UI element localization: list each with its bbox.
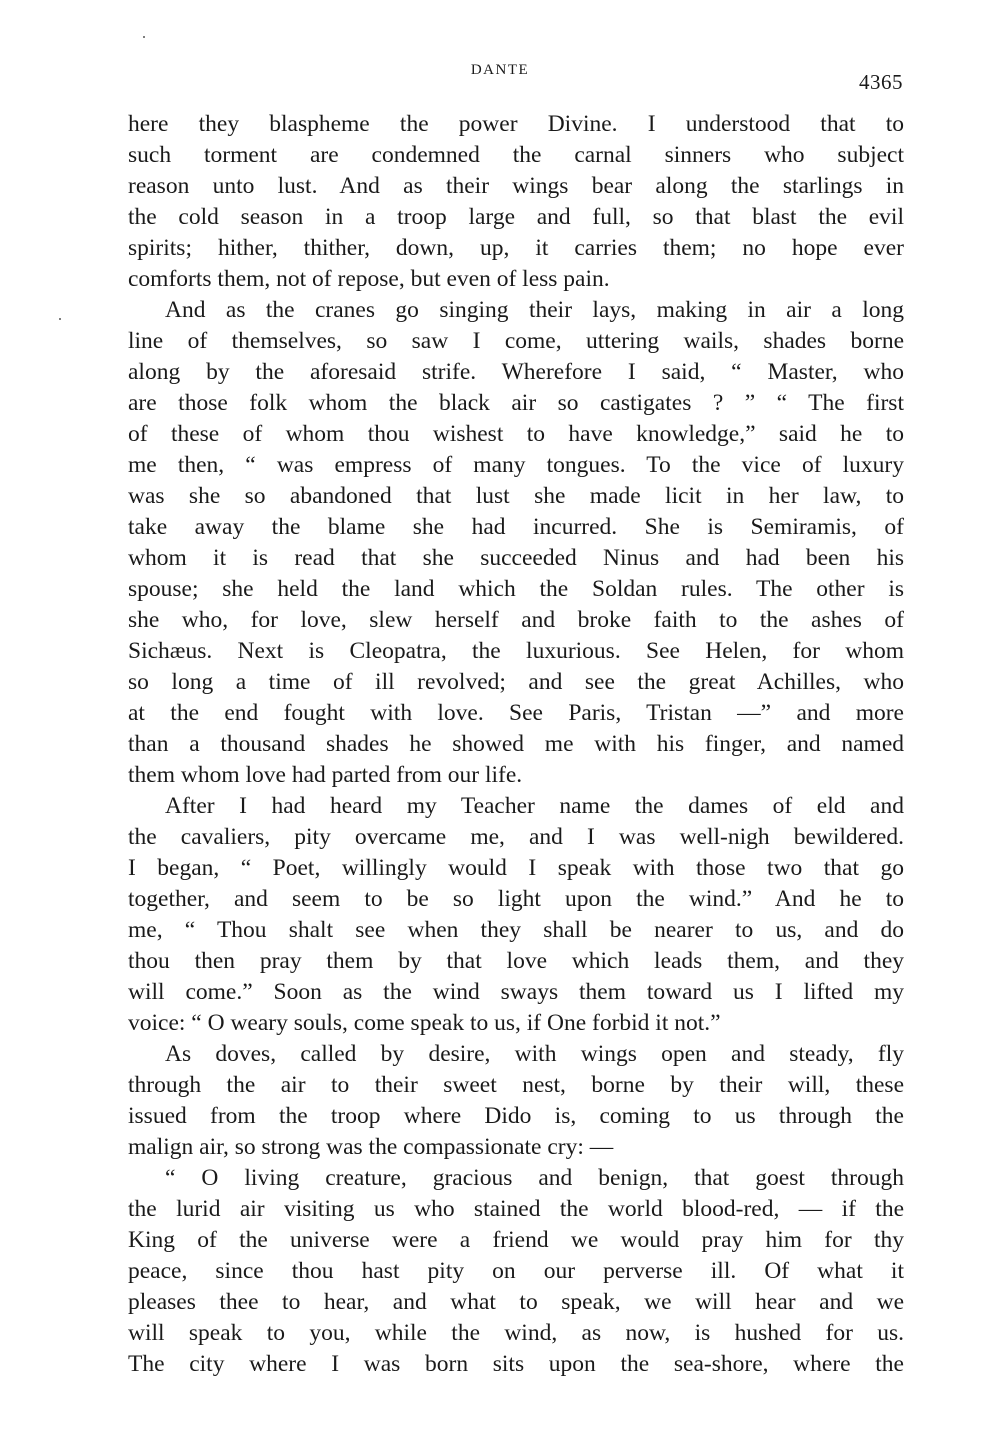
text-line: King of the universe were a friend we wo… [128, 1225, 904, 1256]
text-line: voice: “ O weary souls, come speak to us… [128, 1008, 904, 1039]
text-line-content: issued from the troop where Dido is, com… [128, 1101, 904, 1132]
text-line: thou then pray them by that love which l… [128, 946, 904, 977]
text-line: reason unto lust. And as their wings bea… [128, 171, 904, 202]
text-line-content: malign air, so strong was the compassion… [128, 1132, 904, 1163]
text-line-content: reason unto lust. And as their wings bea… [128, 171, 904, 202]
text-line: comforts them, not of repose, but even o… [128, 264, 904, 295]
text-line-content: at the end fought with love. See Paris, … [128, 698, 904, 729]
paragraph: here they blaspheme the power Divine. I … [128, 109, 904, 295]
text-line: me then, “ was empress of many tongues. … [128, 450, 904, 481]
text-line-content: the cavaliers, pity overcame me, and I w… [128, 822, 904, 853]
text-line: pleases thee to hear, and what to speak,… [128, 1287, 904, 1318]
text-line-content: the cold season in a troop large and ful… [128, 202, 904, 233]
text-line: are those folk whom the black air so cas… [128, 388, 904, 419]
text-line: here they blaspheme the power Divine. I … [128, 109, 904, 140]
text-line: together, and seem to be so light upon t… [128, 884, 904, 915]
text-line-content: thou then pray them by that love which l… [128, 946, 904, 977]
text-line: spouse; she held the land which the Sold… [128, 574, 904, 605]
text-line-content: them whom love had parted from our life. [128, 760, 904, 791]
text-line-content: As doves, called by desire, with wings o… [165, 1039, 904, 1070]
text-line: whom it is read that she succeeded Ninus… [128, 543, 904, 574]
text-line: the lurid air visiting us who stained th… [128, 1194, 904, 1225]
text-line: take away the blame she had incurred. Sh… [128, 512, 904, 543]
text-line-content: whom it is read that she succeeded Ninus… [128, 543, 904, 574]
text-line-content: The city where I was born sits upon the … [128, 1349, 904, 1380]
text-line-content: Sichæus. Next is Cleopatra, the luxuriou… [128, 636, 904, 667]
text-line-content: she who, for love, slew herself and brok… [128, 605, 904, 636]
text-line-content: of these of whom thou wishest to have kn… [128, 419, 904, 450]
text-line: at the end fought with love. See Paris, … [128, 698, 904, 729]
text-line-content: are those folk whom the black air so cas… [128, 388, 904, 419]
scan-speck [143, 36, 145, 38]
text-line: As doves, called by desire, with wings o… [128, 1039, 904, 1070]
text-line-content: spouse; she held the land which the Sold… [128, 574, 904, 605]
text-line: she who, for love, slew herself and brok… [128, 605, 904, 636]
paragraph: As doves, called by desire, with wings o… [128, 1039, 904, 1163]
text-line-content: will come.” Soon as the wind sways them … [128, 977, 904, 1008]
text-line-content: so long a time of ill revolved; and see … [128, 667, 904, 698]
text-line-content: along by the aforesaid strife. Wherefore… [128, 357, 904, 388]
text-line-content: voice: “ O weary souls, come speak to us… [128, 1008, 904, 1039]
text-line-content: me, “ Thou shalt see when they shall be … [128, 915, 904, 946]
text-line: than a thousand shades he showed me with… [128, 729, 904, 760]
text-line-content: through the air to their sweet nest, bor… [128, 1070, 904, 1101]
text-line: the cold season in a troop large and ful… [128, 202, 904, 233]
body-text: here they blaspheme the power Divine. I … [128, 109, 904, 1380]
text-line-content: than a thousand shades he showed me with… [128, 729, 904, 760]
text-line: so long a time of ill revolved; and see … [128, 667, 904, 698]
text-line-content: peace, since thou hast pity on our perve… [128, 1256, 904, 1287]
text-line: I began, “ Poet, willingly would I speak… [128, 853, 904, 884]
text-line: line of themselves, so saw I come, utter… [128, 326, 904, 357]
book-page: DANTE 4365 here they blaspheme the power… [0, 0, 1000, 1448]
text-line-content: together, and seem to be so light upon t… [128, 884, 904, 915]
text-line: The city where I was born sits upon the … [128, 1349, 904, 1380]
text-line: along by the aforesaid strife. Wherefore… [128, 357, 904, 388]
text-line-content: take away the blame she had incurred. Sh… [128, 512, 904, 543]
text-line-content: was she so abandoned that lust she made … [128, 481, 904, 512]
paragraph: And as the cranes go singing their lays,… [128, 295, 904, 791]
running-head: DANTE [0, 62, 1000, 79]
text-line-content: the lurid air visiting us who stained th… [128, 1194, 904, 1225]
text-line: After I had heard my Teacher name the da… [128, 791, 904, 822]
text-line-content: And as the cranes go singing their lays,… [165, 295, 904, 326]
text-line: Sichæus. Next is Cleopatra, the luxuriou… [128, 636, 904, 667]
text-line: will speak to you, while the wind, as no… [128, 1318, 904, 1349]
text-line: me, “ Thou shalt see when they shall be … [128, 915, 904, 946]
paragraph: “ O living creature, gracious and benign… [128, 1163, 904, 1380]
text-line-content: After I had heard my Teacher name the da… [165, 791, 904, 822]
text-line: spirits; hither, thither, down, up, it c… [128, 233, 904, 264]
text-line: through the air to their sweet nest, bor… [128, 1070, 904, 1101]
text-line-content: comforts them, not of repose, but even o… [128, 264, 904, 295]
text-line-content: King of the universe were a friend we wo… [128, 1225, 904, 1256]
text-line: “ O living creature, gracious and benign… [128, 1163, 904, 1194]
text-line: such torment are condemned the carnal si… [128, 140, 904, 171]
paragraph: After I had heard my Teacher name the da… [128, 791, 904, 1039]
text-line-content: I began, “ Poet, willingly would I speak… [128, 853, 904, 884]
text-line-content: such torment are condemned the carnal si… [128, 140, 904, 171]
text-line: them whom love had parted from our life. [128, 760, 904, 791]
text-line: of these of whom thou wishest to have kn… [128, 419, 904, 450]
text-line-content: spirits; hither, thither, down, up, it c… [128, 233, 904, 264]
text-line: was she so abandoned that lust she made … [128, 481, 904, 512]
text-line: the cavaliers, pity overcame me, and I w… [128, 822, 904, 853]
text-line-content: “ O living creature, gracious and benign… [165, 1163, 904, 1194]
page-number: 4365 [859, 70, 903, 95]
text-line-content: pleases thee to hear, and what to speak,… [128, 1287, 904, 1318]
text-line: issued from the troop where Dido is, com… [128, 1101, 904, 1132]
text-line: peace, since thou hast pity on our perve… [128, 1256, 904, 1287]
text-line: will come.” Soon as the wind sways them … [128, 977, 904, 1008]
text-line-content: me then, “ was empress of many tongues. … [128, 450, 904, 481]
text-line-content: line of themselves, so saw I come, utter… [128, 326, 904, 357]
scan-speck [59, 318, 61, 320]
text-line-content: will speak to you, while the wind, as no… [128, 1318, 904, 1349]
text-line: malign air, so strong was the compassion… [128, 1132, 904, 1163]
text-line: And as the cranes go singing their lays,… [128, 295, 904, 326]
text-line-content: here they blaspheme the power Divine. I … [128, 109, 904, 140]
